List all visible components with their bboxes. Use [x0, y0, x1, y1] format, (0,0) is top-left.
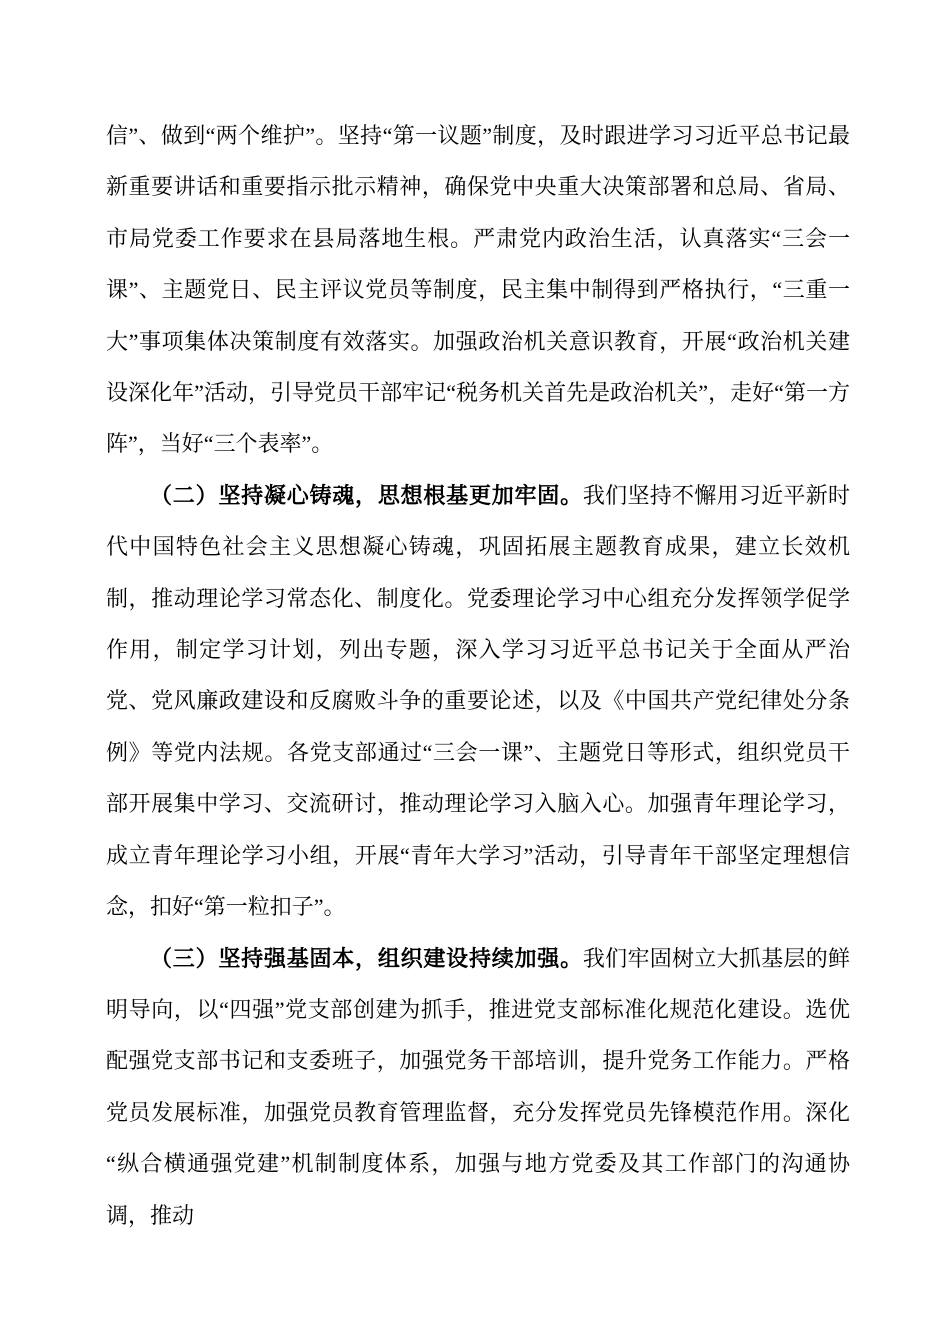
paragraph-continuation: 信”、做到“两个维护”。坚持“第一议题”制度，及时跟进学习习近平总书记最新重要讲…: [106, 110, 850, 470]
document-page: 信”、做到“两个维护”。坚持“第一议题”制度，及时跟进学习习近平总书记最新重要讲…: [0, 0, 950, 1344]
paragraph-text: 我们牢固树立大抓基层的鲜明导向，以“四强”党支部创建为抓手，推进党支部标准化规范…: [106, 946, 850, 1228]
paragraph-heading: （三）坚持强基固本，组织建设持续加强。: [150, 946, 583, 971]
paragraph-heading: （二）坚持凝心铸魂，思想根基更加牢固。: [150, 483, 583, 508]
paragraph-text: 信”、做到“两个维护”。坚持“第一议题”制度，及时跟进学习习近平总书记最新重要讲…: [106, 123, 850, 456]
document-body: 信”、做到“两个维护”。坚持“第一议题”制度，及时跟进学习习近平总书记最新重要讲…: [106, 110, 850, 1241]
paragraph-section-2: （二）坚持凝心铸魂，思想根基更加牢固。我们坚持不懈用习近平新时代中国特色社会主义…: [106, 470, 850, 933]
paragraph-section-3: （三）坚持强基固本，组织建设持续加强。我们牢固树立大抓基层的鲜明导向，以“四强”…: [106, 933, 850, 1241]
paragraph-text: 我们坚持不懈用习近平新时代中国特色社会主义思想凝心铸魂，巩固拓展主题教育成果，建…: [106, 483, 850, 919]
